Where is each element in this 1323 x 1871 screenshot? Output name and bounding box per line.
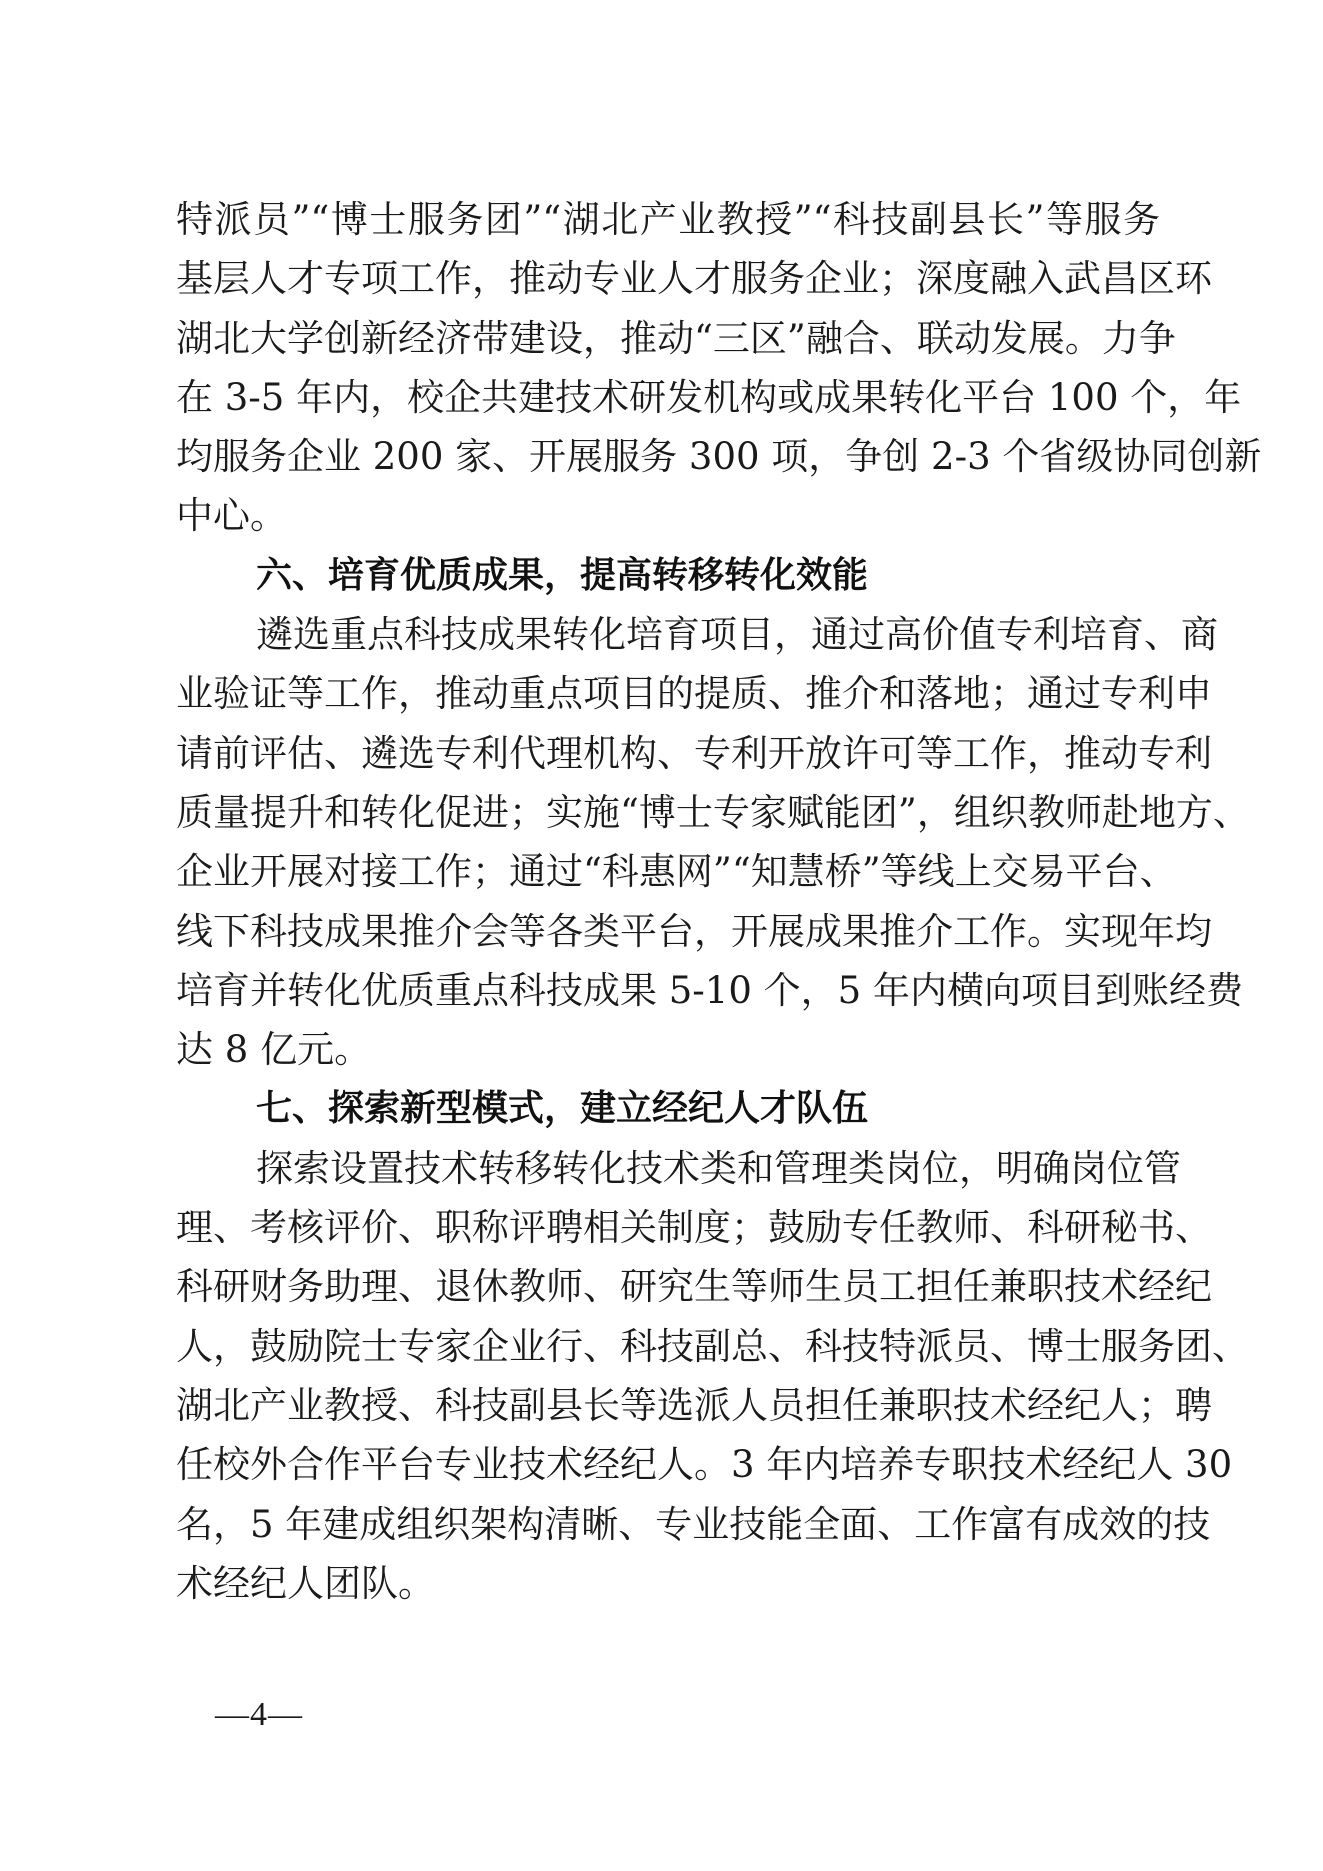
- paragraph-line: 名，5 年建成组织架构清晰、专业技能全面、工作富有成效的技: [176, 1495, 1160, 1554]
- paragraph-line: 中心。: [176, 486, 1160, 545]
- paragraph-line: 任校外合作平台专业技术经纪人。3 年内培养专职技术经纪人 30: [176, 1435, 1160, 1494]
- section-heading-7: 七、探索新型模式，建立经纪人才队伍: [176, 1079, 1160, 1138]
- paragraph-line: 术经纪人团队。: [176, 1554, 1160, 1613]
- paragraph-line: 特派员”“博士服务团”“湖北产业教授”“科技副县长”等服务: [176, 190, 1160, 249]
- paragraph-line: 达 8 亿元。: [176, 1020, 1160, 1079]
- paragraph-line: 质量提升和转化促进；实施“博士专家赋能团”，组织教师赴地方、: [176, 783, 1160, 842]
- paragraph-line: 请前评估、遴选专利代理机构、专利开放许可等工作，推动专利: [176, 724, 1160, 783]
- paragraph-line: 遴选重点科技成果转化培育项目，通过高价值专利培育、商: [176, 605, 1160, 664]
- paragraph-line: 理、考核评价、职称评聘相关制度；鼓励专任教师、科研秘书、: [176, 1198, 1160, 1257]
- paragraph-line: 基层人才专项工作，推动专业人才服务企业；深度融入武昌区环: [176, 249, 1160, 308]
- paragraph-line: 人，鼓励院士专家企业行、科技副总、科技特派员、博士服务团、: [176, 1317, 1160, 1376]
- paragraph-line: 探索设置技术转移转化技术类和管理类岗位，明确岗位管: [176, 1139, 1160, 1198]
- paragraph-line: 线下科技成果推介会等各类平台，开展成果推介工作。实现年均: [176, 902, 1160, 961]
- section-heading-6: 六、培育优质成果，提高转移转化效能: [176, 546, 1160, 605]
- paragraph-line: 在 3-5 年内，校企共建技术研发机构或成果转化平台 100 个，年: [176, 368, 1160, 427]
- paragraph-line: 企业开展对接工作；通过“科惠网”“知慧桥”等线上交易平台、: [176, 842, 1160, 901]
- paragraph-line: 湖北产业教授、科技副县长等选派人员担任兼职技术经纪人；聘: [176, 1376, 1160, 1435]
- paragraph-line: 业验证等工作，推动重点项目的提质、推介和落地；通过专利申: [176, 664, 1160, 723]
- paragraph-line: 培育并转化优质重点科技成果 5-10 个，5 年内横向项目到账经费: [176, 961, 1160, 1020]
- paragraph-line: 湖北大学创新经济带建设，推动“三区”融合、联动发展。力争: [176, 309, 1160, 368]
- document-page: 特派员”“博士服务团”“湖北产业教授”“科技副县长”等服务 基层人才专项工作，推…: [0, 0, 1323, 1871]
- document-body: 特派员”“博士服务团”“湖北产业教授”“科技副县长”等服务 基层人才专项工作，推…: [176, 190, 1160, 1613]
- page-number: —4—: [215, 1696, 303, 1734]
- paragraph-line: 均服务企业 200 家、开展服务 300 项，争创 2-3 个省级协同创新: [176, 427, 1160, 486]
- paragraph-line: 科研财务助理、退休教师、研究生等师生员工担任兼职技术经纪: [176, 1257, 1160, 1316]
